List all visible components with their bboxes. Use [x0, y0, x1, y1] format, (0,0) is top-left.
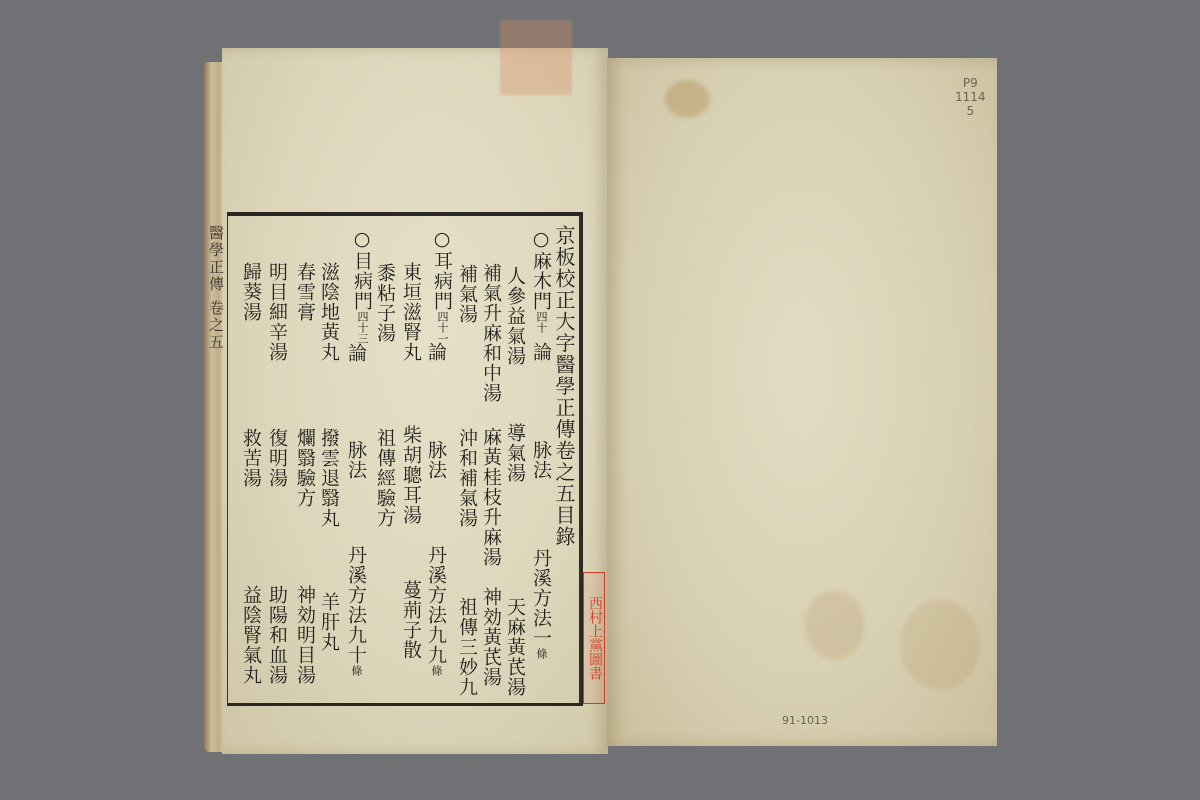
toc-item: 滋陰地黃丸	[318, 262, 340, 362]
section-heading-numbness: ○麻木門四十	[530, 228, 552, 333]
toc-item: 脉法	[425, 440, 447, 480]
toc-title: 京板校正大字醫學正傳卷之五目錄	[553, 225, 575, 548]
pencil-catalog-number: 91-1013	[782, 714, 828, 728]
toc-item: 復明湯	[266, 428, 288, 488]
toc-item: 明目細辛湯	[266, 262, 288, 362]
toc-item: 益陰腎氣丸	[240, 585, 262, 685]
toc-item: 人參益氣湯	[504, 266, 526, 366]
section-heading-eye: ○目病門四十三	[351, 228, 373, 344]
toc-item: 柴胡聰耳湯	[400, 425, 422, 525]
toc-item: 導氣湯	[504, 423, 526, 483]
water-stain	[665, 80, 710, 118]
water-stain	[805, 590, 865, 660]
toc-item: 神効黃芪湯	[480, 587, 502, 687]
toc-item: 丹溪方法一條	[530, 548, 552, 659]
toc-item: 撥雲退翳丸	[318, 428, 340, 528]
toc-item: 論	[530, 342, 552, 362]
ownership-seal-stamp: 西村上黨圖書	[583, 572, 605, 704]
toc-item: 丹溪方法九十條	[345, 545, 367, 676]
toc-item: 麻黃桂枝升麻湯	[480, 427, 502, 567]
toc-item: 救苦湯	[240, 428, 262, 488]
toc-item: 丹溪方法九九條	[425, 545, 447, 676]
toc-item: 脉法	[530, 440, 552, 480]
toc-item: 羊肝丸	[318, 592, 340, 652]
water-stain	[900, 600, 980, 690]
print-frame-inner-line	[580, 215, 581, 705]
toc-item: 補氣湯	[456, 264, 478, 324]
toc-item: 助陽和血湯	[266, 585, 288, 685]
toc-item: 論	[345, 343, 367, 363]
toc-item: 天麻黃芪湯	[504, 597, 526, 697]
section-heading-ear: ○耳病門四十一	[431, 228, 453, 344]
toc-item: 論	[425, 342, 447, 362]
toc-item: 春雪膏	[294, 262, 316, 322]
toc-item: 歸葵湯	[240, 262, 262, 322]
toc-item: 黍粘子湯	[374, 263, 396, 343]
toc-item: 神効明目湯	[294, 585, 316, 685]
faded-seal-offset	[500, 20, 572, 95]
toc-item: 補氣升麻和中湯	[480, 263, 502, 403]
toc-item: 祖傳經驗方	[374, 428, 396, 528]
toc-item: 爛翳驗方	[294, 428, 316, 508]
toc-item: 祖傳三妙九	[456, 597, 478, 697]
toc-item: 東垣滋腎丸	[400, 262, 422, 362]
pencil-shelfmark: P9 1114 5	[955, 76, 986, 118]
fold-margin-label: 醫學正傳 卷之五	[205, 225, 227, 525]
toc-item: 蔓荊子散	[400, 580, 422, 660]
toc-item: 沖和補氣湯	[456, 428, 478, 528]
toc-item: 脉法	[345, 440, 367, 480]
